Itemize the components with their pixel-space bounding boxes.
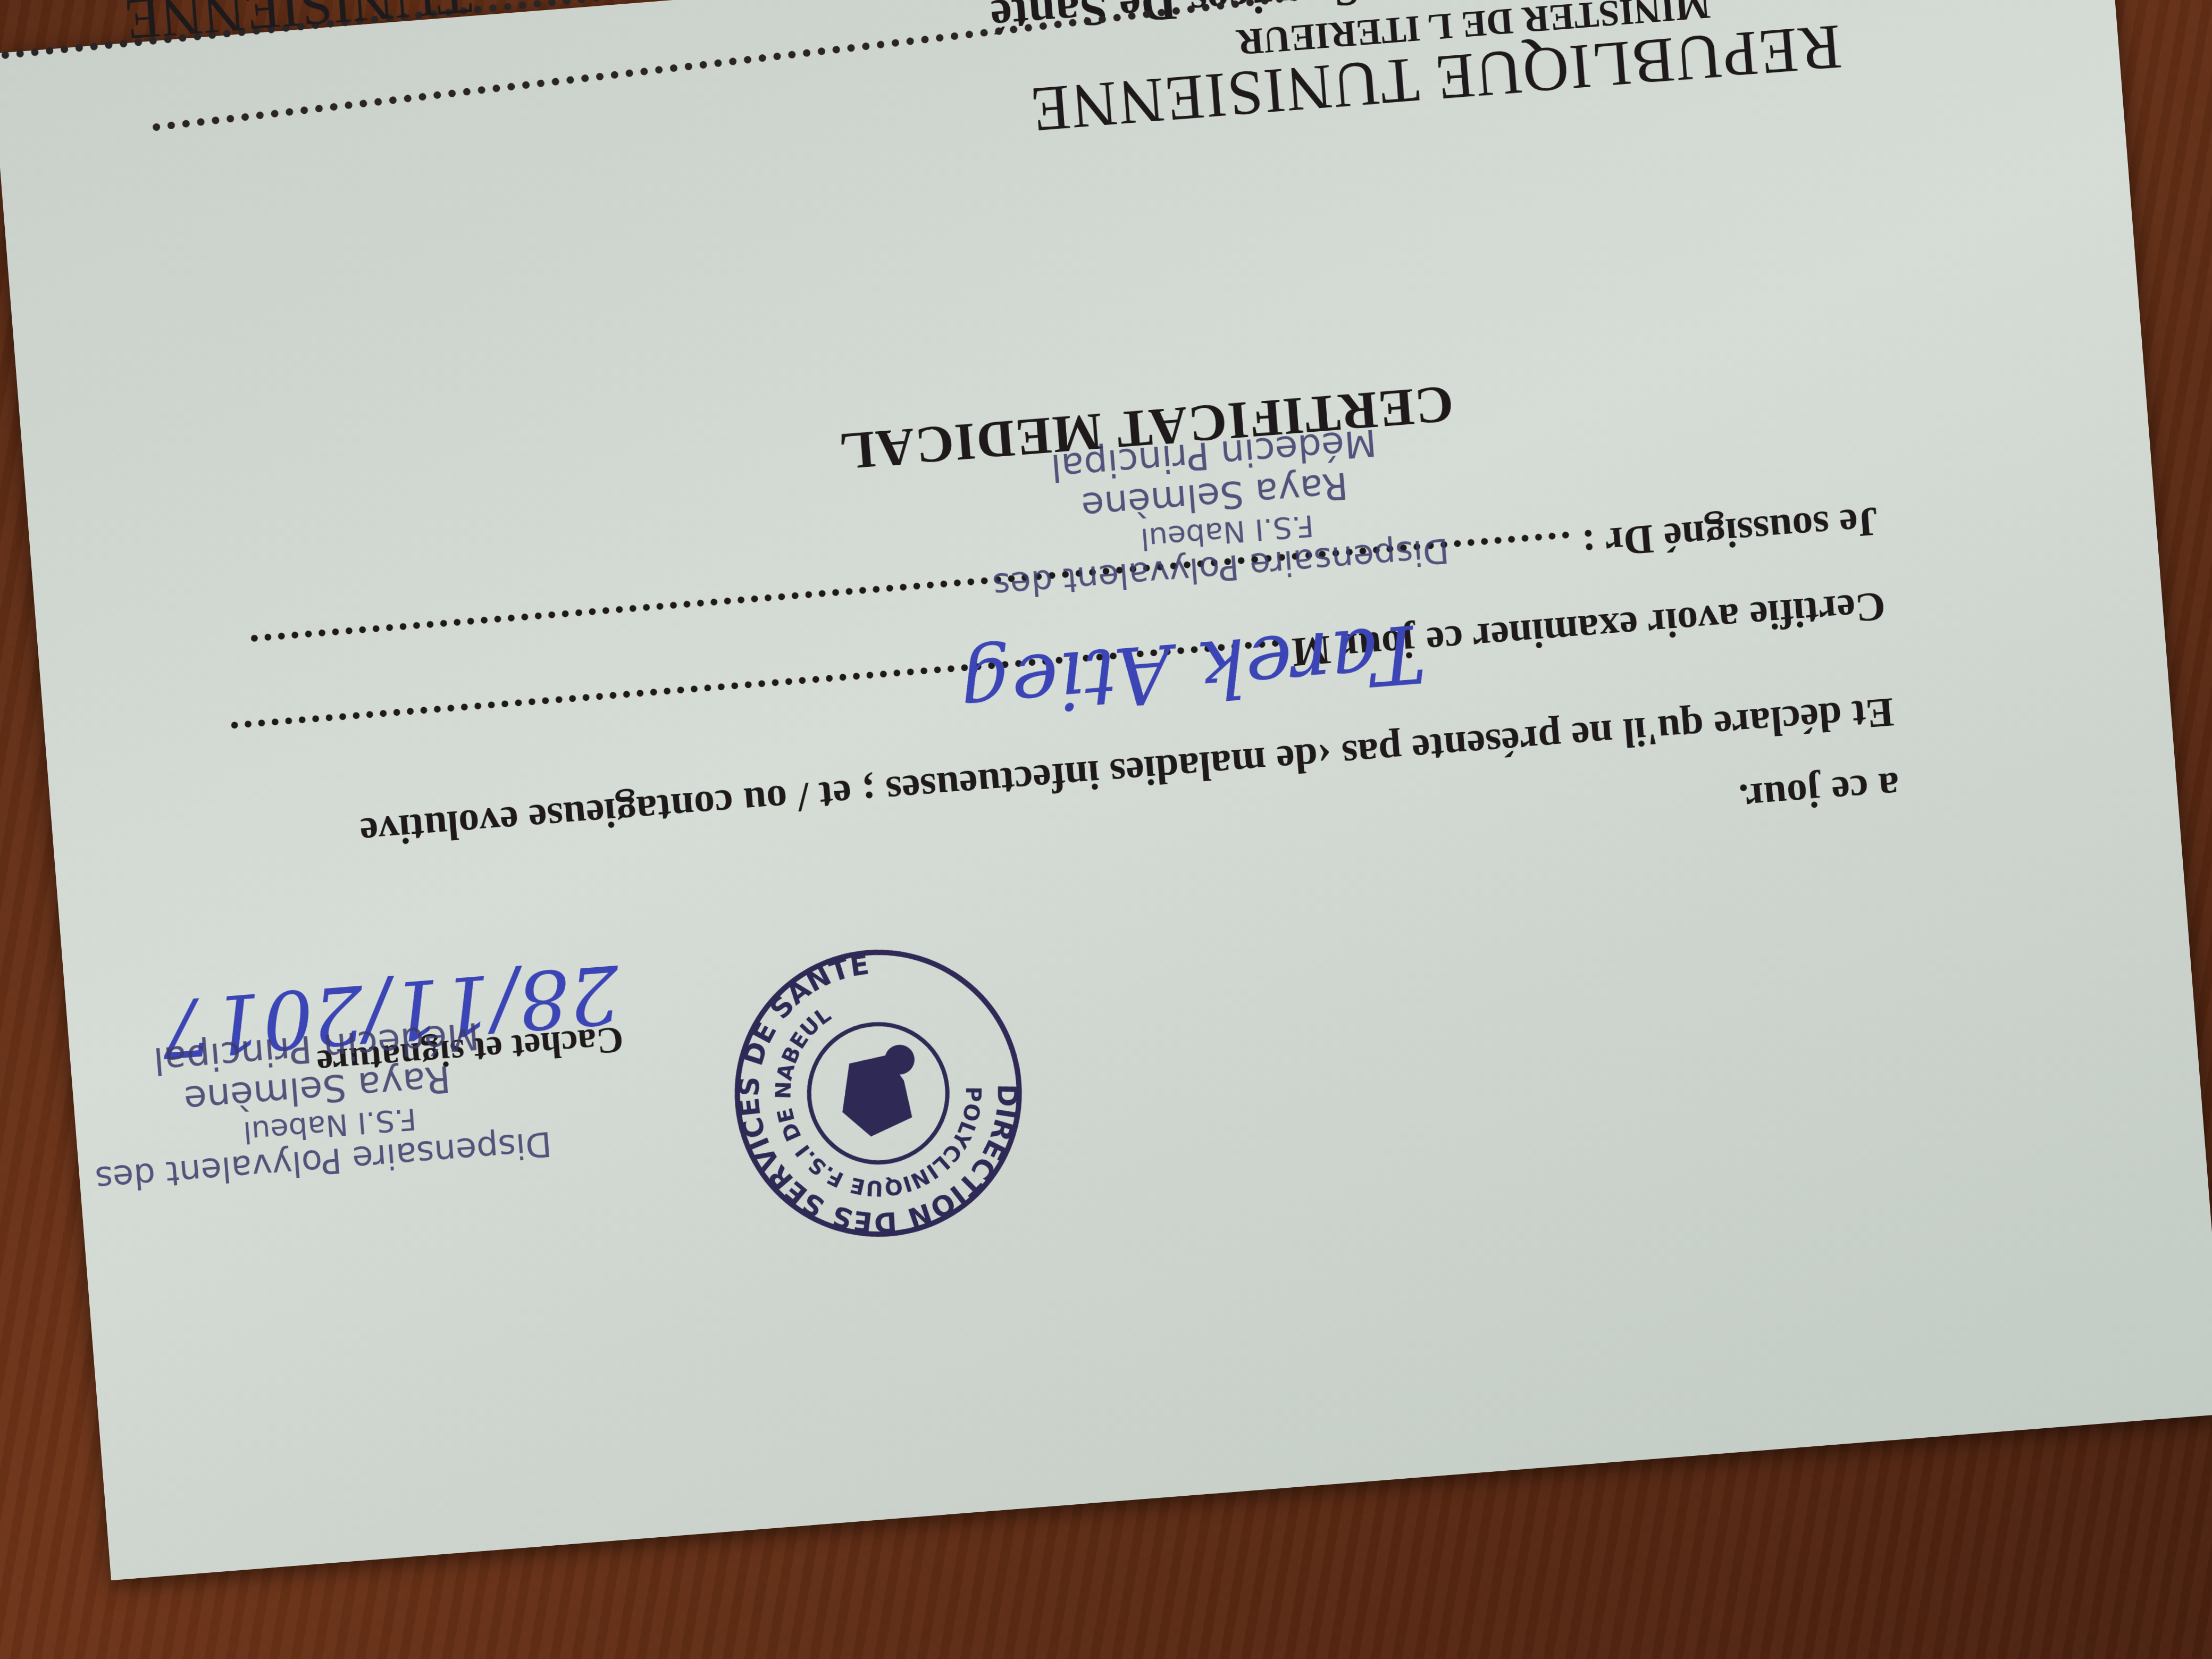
emblem-icon	[837, 1044, 920, 1139]
doctor-stamp-signature: Dispensaire Polyvalent des F.S.I Nabeul …	[85, 1010, 552, 1197]
medical-certificate-paper: REPUBLIQUE TUNISIENNE MINISTER DE L ITER…	[0, 0, 2212, 1580]
handwritten-patient-name: Tarek Atieg	[957, 606, 1429, 734]
round-official-stamp: DIRECTION DES SERVICES DE SANTE POLYCLIN…	[718, 933, 1038, 1253]
declaration-end-line: a ce jour.	[1737, 763, 1901, 823]
document-content: REPUBLIQUE TUNISIENNE MINISTER DE L ITER…	[0, 0, 2212, 1580]
next-form-fragment: TUNISIENNE	[122, 0, 474, 54]
doctor-label: Je soussigné Dr :	[1580, 498, 1881, 568]
